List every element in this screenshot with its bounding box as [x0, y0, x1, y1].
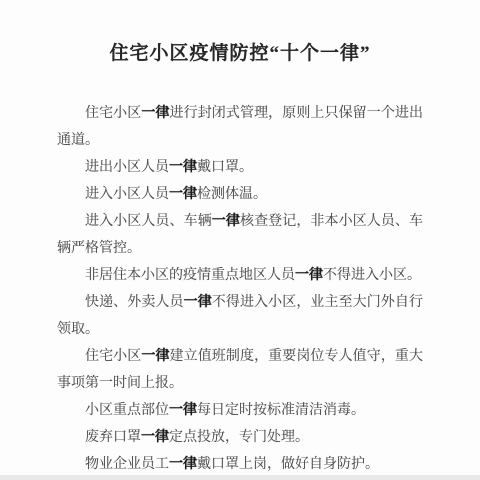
rule-paragraph: 进入小区人员一律检测体温。 [57, 181, 423, 208]
document-page: 住宅小区疫情防控“十个一律” 住宅小区一律进行封闭式管理，原则上只保留一个进出通… [0, 0, 480, 480]
rule-emphasis: 一律 [169, 187, 197, 202]
rule-emphasis: 一律 [169, 403, 197, 418]
rule-text-post: 不得进入小区。 [323, 268, 421, 283]
rule-emphasis: 一律 [141, 430, 169, 445]
rule-text-pre: 废弃口罩 [85, 430, 141, 445]
photo-bottom-edge [0, 475, 480, 480]
rule-paragraph: 住宅小区一律建立值班制度，重要岗位专人值守，重大事项第一时间上报。 [57, 343, 423, 397]
rule-text-pre: 住宅小区 [85, 349, 141, 364]
rule-text-post: 戴口罩上岗，做好自身防护。 [197, 457, 379, 472]
rule-paragraph: 废弃口罩一律定点投放，专门处理。 [57, 424, 423, 451]
rule-text-post: 检测体温。 [197, 187, 267, 202]
rule-paragraph: 非居住本小区的疫情重点地区人员一律不得进入小区。 [57, 262, 423, 289]
rule-text-post: 每日定时按标准清洁消毒。 [197, 403, 365, 418]
rule-text-pre: 快递、外卖人员 [85, 295, 184, 310]
rule-emphasis: 一律 [295, 268, 323, 283]
rule-paragraph: 物业企业员工一律戴口罩上岗，做好自身防护。 [57, 451, 423, 478]
rule-emphasis: 一律 [169, 457, 197, 472]
rule-emphasis: 一律 [169, 160, 197, 175]
rule-paragraph: 小区重点部位一律每日定时按标准清洁消毒。 [57, 397, 423, 424]
document-body: 住宅小区一律进行封闭式管理，原则上只保留一个进出通道。 进出小区人员一律戴口罩。… [57, 100, 423, 478]
rule-text-pre: 物业企业员工 [85, 457, 169, 472]
rule-text-post: 戴口罩。 [197, 160, 253, 175]
rule-text-pre: 进出小区人员 [85, 160, 169, 175]
rule-emphasis: 一律 [141, 106, 169, 121]
rule-paragraph: 进入小区人员、车辆一律核查登记，非本小区人员、车辆严格管控。 [57, 208, 423, 262]
document-title: 住宅小区疫情防控“十个一律” [0, 38, 480, 65]
rule-paragraph: 快递、外卖人员一律不得进入小区，业主至大门外自行领取。 [57, 289, 423, 343]
rule-emphasis: 一律 [184, 295, 212, 310]
rule-text-post: 定点投放，专门处理。 [169, 430, 309, 445]
rule-text-pre: 小区重点部位 [85, 403, 169, 418]
rule-text-pre: 住宅小区 [85, 106, 141, 121]
rule-paragraph: 进出小区人员一律戴口罩。 [57, 154, 423, 181]
rule-emphasis: 一律 [212, 214, 240, 229]
rule-text-pre: 进入小区人员 [85, 187, 169, 202]
rule-paragraph: 住宅小区一律进行封闭式管理，原则上只保留一个进出通道。 [57, 100, 423, 154]
rule-emphasis: 一律 [141, 349, 169, 364]
rule-text-pre: 非居住本小区的疫情重点地区人员 [85, 268, 295, 283]
rule-text-pre: 进入小区人员、车辆 [85, 214, 212, 229]
